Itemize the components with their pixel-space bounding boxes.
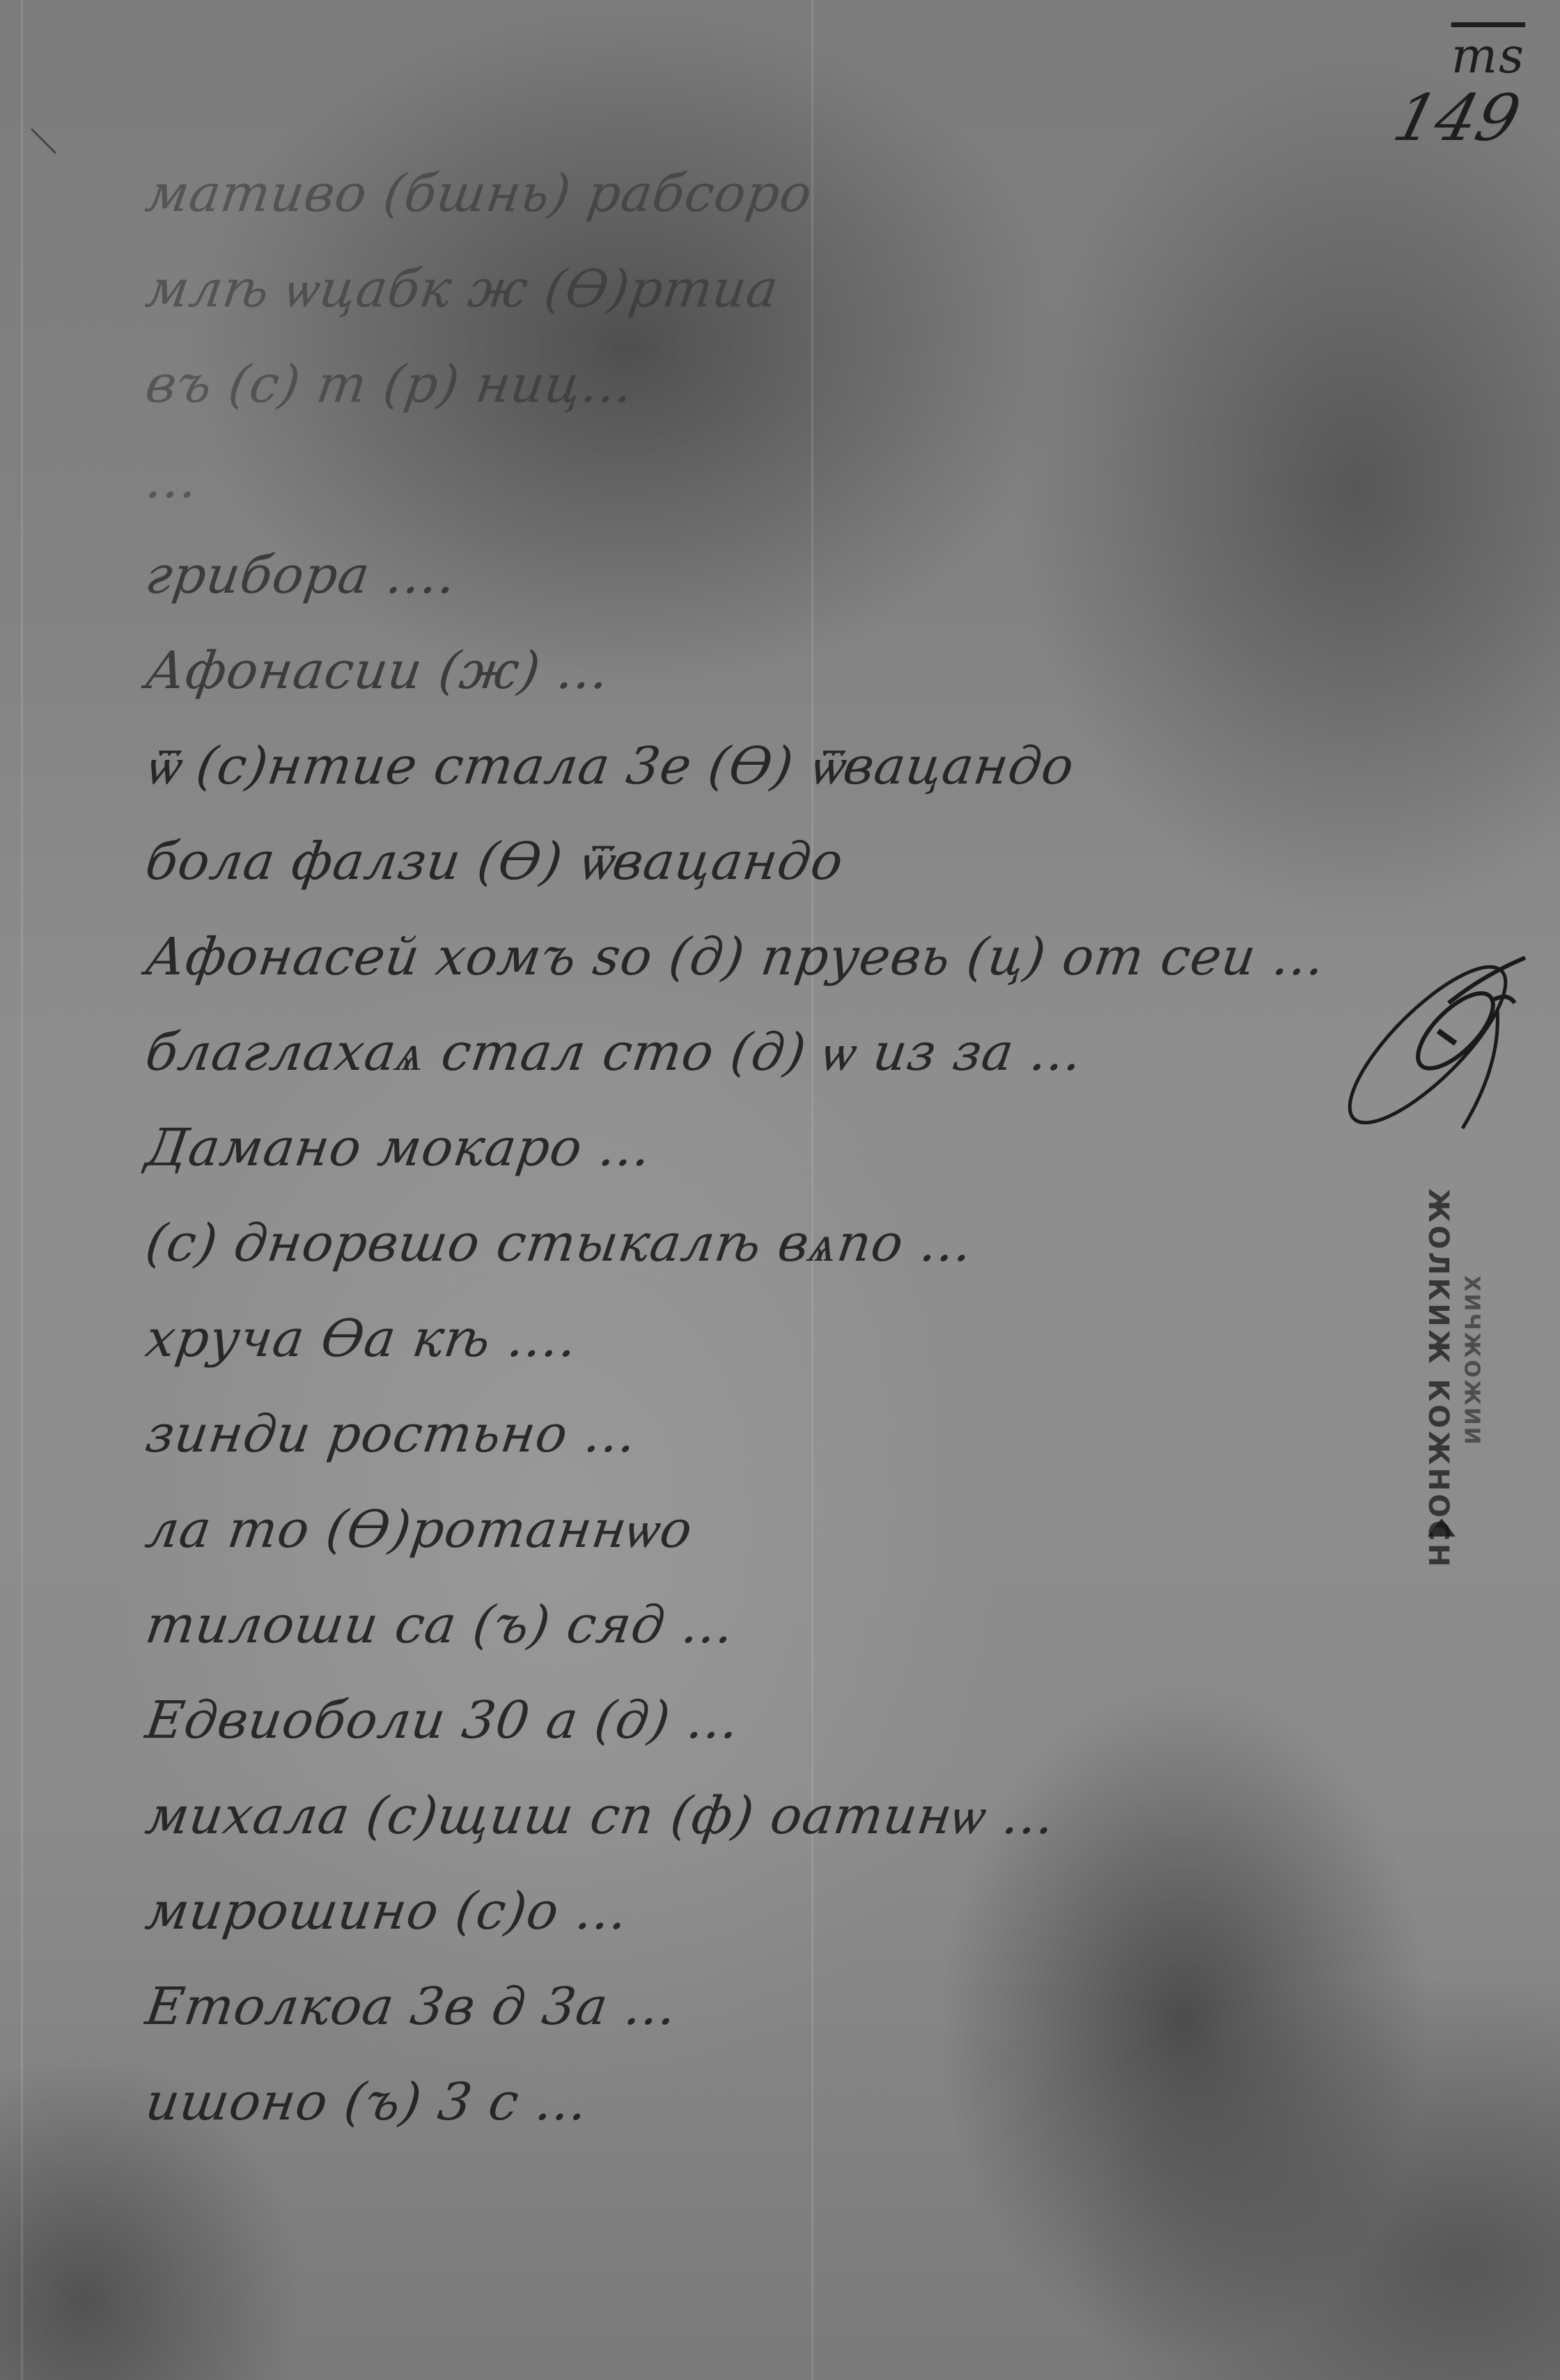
folio-page-number: 149 [1387, 84, 1527, 153]
manuscript-page: тѕ 149 мативо (бшнь) рабсоро млѣ ѡцабк ж… [0, 0, 1560, 2380]
archive-stamp: ЖОЛКИЖ КОЖНОСН ХИЧЖОЖИИ [1382, 1198, 1494, 1560]
text-line: бола фалзи (Ѳ) ѿвацандо [139, 814, 1476, 910]
text-line: ѿ (с)нтие стала 3е (Ѳ) ѿвацандо [139, 719, 1476, 814]
folio-old-number: тѕ [1396, 28, 1525, 84]
text-line: ла то (Ѳ)ротаннѡо [139, 1482, 1476, 1578]
svg-text:фї: фї [1323, 926, 1336, 929]
text-line: тилоши са (ъ) сяд … [139, 1578, 1476, 1673]
stamp-line-1: ЖОЛКИЖ КОЖНОСН [1422, 1188, 1454, 1569]
manuscript-text: мативо (бшнь) рабсоро млѣ ѡцабк ж (Ѳ)рти… [146, 146, 1469, 2150]
text-line: грибора …. [139, 528, 1476, 623]
corner-mark-icon [28, 125, 70, 167]
text-line: … [139, 433, 1476, 528]
text-line: Етолкоа 3в д 3а … [139, 1959, 1476, 2055]
folio-number: тѕ 149 [1396, 28, 1525, 153]
text-line: Едвиоболи 30 а (д) … [139, 1673, 1476, 1768]
paper-edge-line [21, 0, 23, 2380]
text-line: (с) днорвшо стыкалѣ вѧпо … [139, 1196, 1476, 1291]
stamp-line-2: ХИЧЖОЖИИ [1460, 1275, 1484, 1447]
text-line: благлахаѧ стал сто (д) ѡ из за ... [139, 1005, 1476, 1100]
text-line: Дамано мокаро … [139, 1100, 1476, 1196]
text-line: въ (с) т (р) ниц… [139, 337, 1476, 433]
text-line: Афонасей хомъ ѕо (д) пруевь (ц) от сеи … [139, 910, 1476, 1005]
text-line: мирошино (с)о … [139, 1864, 1476, 1959]
text-line: мативо (бшнь) рабсоро [139, 146, 1476, 242]
marginal-flourish-icon: фї [1323, 926, 1560, 1177]
text-line: Афонасии (ж) … [139, 623, 1476, 719]
text-line: млѣ ѡцабк ж (Ѳ)ртиа [139, 242, 1476, 337]
text-line: хруча Ѳа кѣ …. [139, 1291, 1476, 1387]
text-line: зинди ростьно … [139, 1387, 1476, 1482]
stamp-triangle-icon [1428, 1518, 1456, 1537]
text-line: михала (с)щиш сп (ф) оатинѡ … [139, 1768, 1476, 1864]
text-line: ишоно (ъ) 3 с … [139, 2055, 1476, 2150]
